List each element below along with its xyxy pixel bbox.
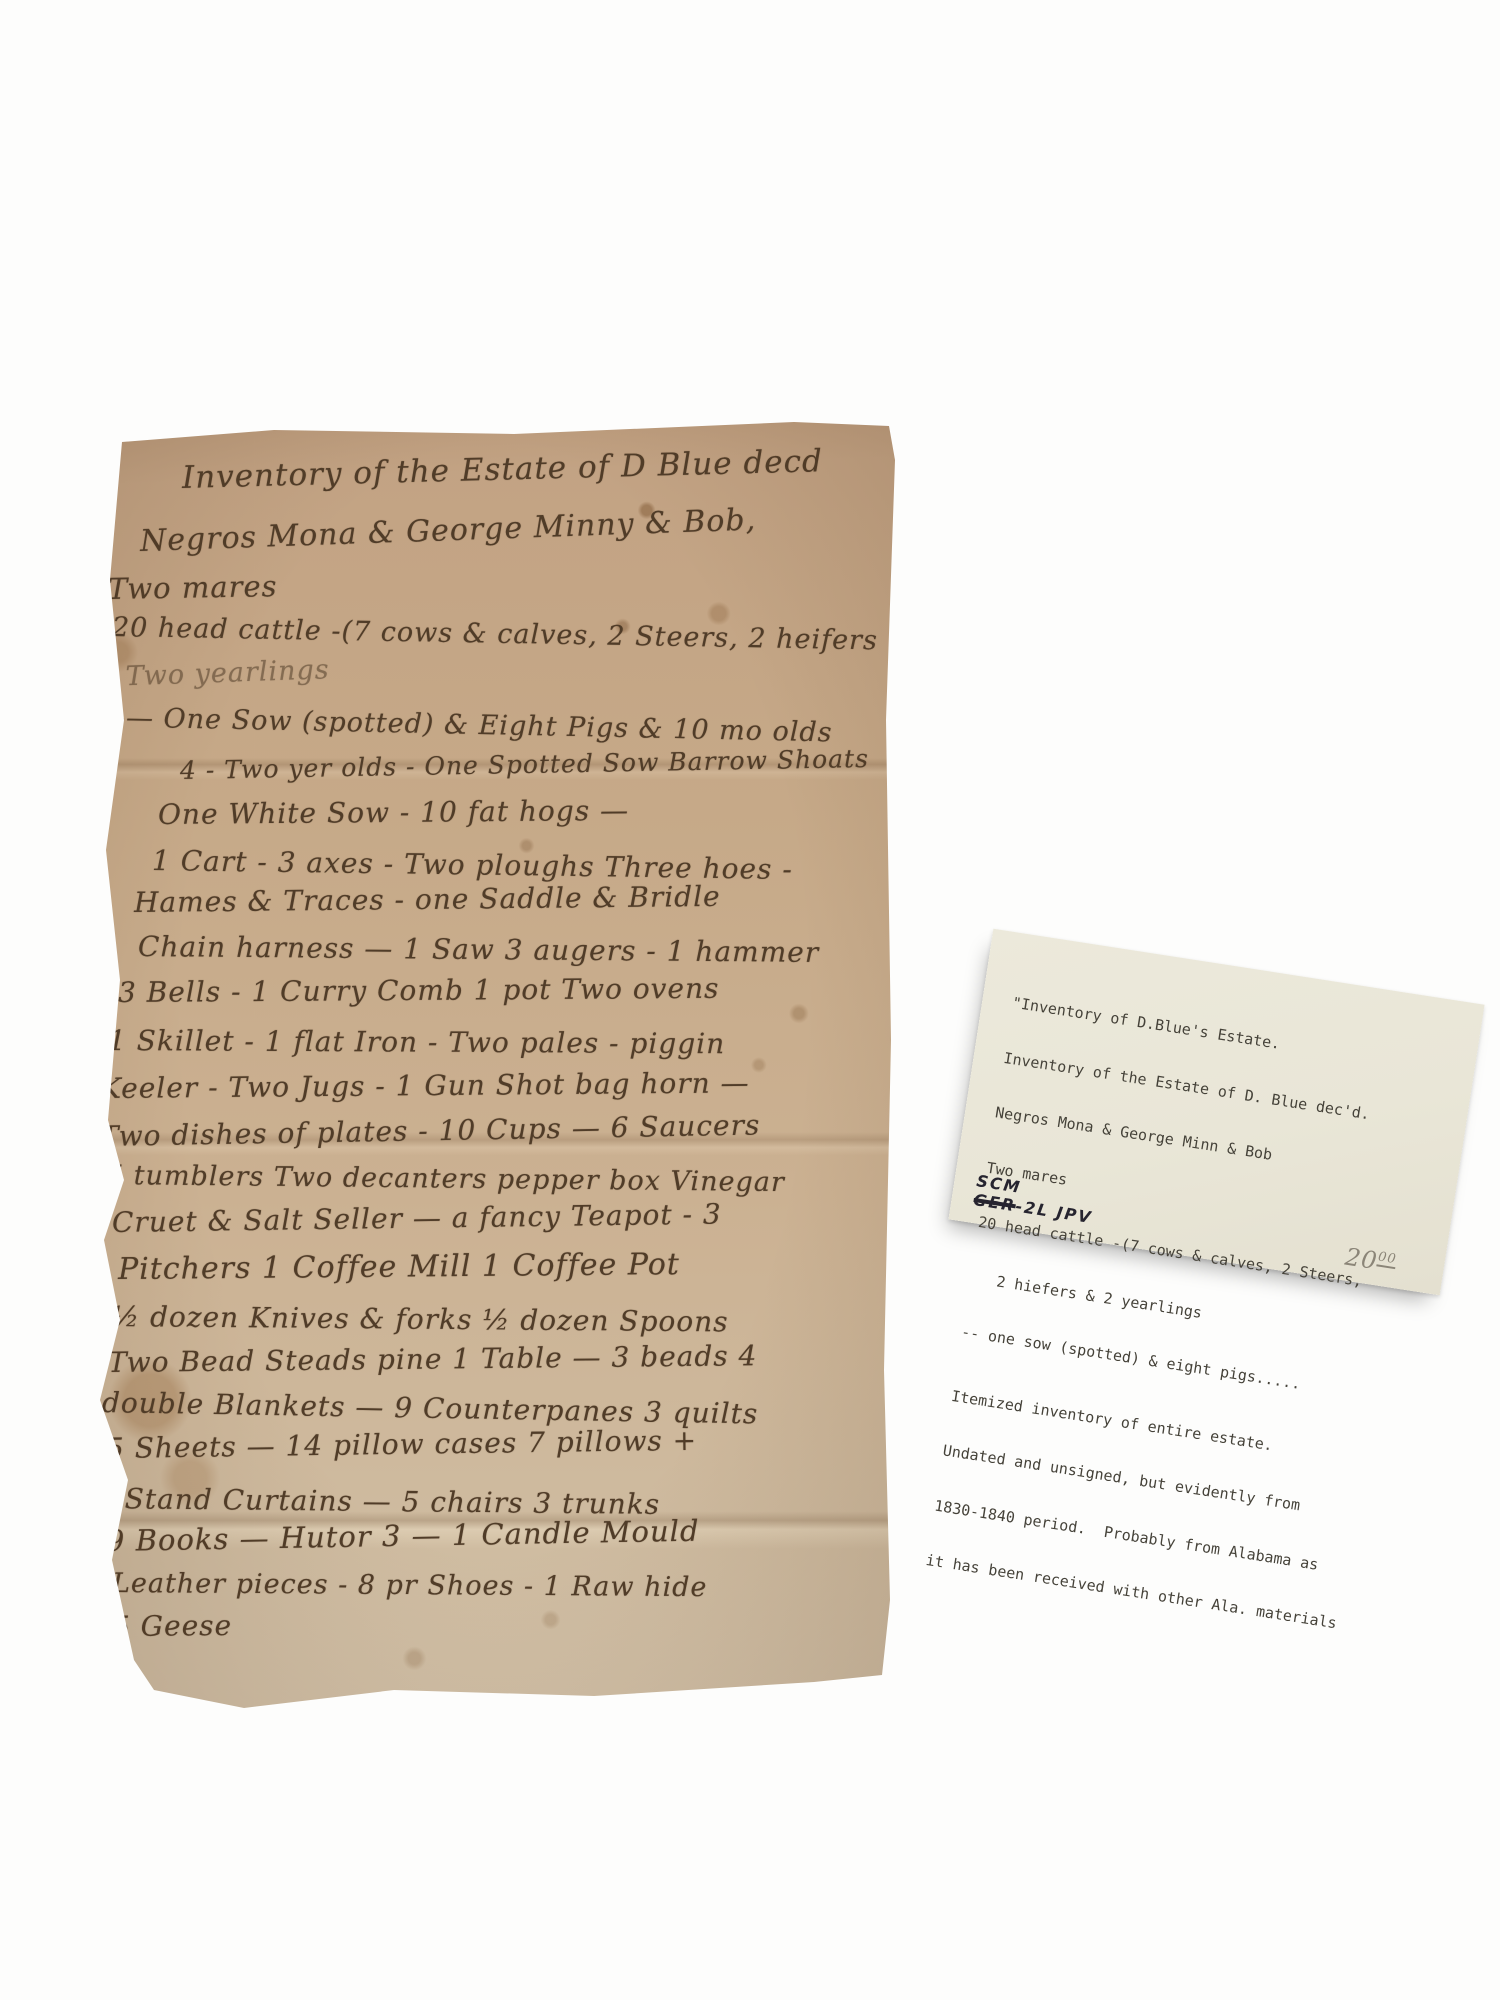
card-typed-block: "Inventory of D.Blue's Estate. Inventory… [919, 957, 1471, 1676]
manuscript-line: 4 - Two yer olds - One Spotted Sow Barro… [180, 744, 869, 785]
photo-background: Inventory of the Estate of D Blue decd N… [0, 0, 1500, 2000]
manuscript-line: Cruet & Salt Seller — a fancy Teapot - 3 [112, 1197, 722, 1239]
manuscript-line: 5 tumblers Two decanters pepper box Vine… [106, 1160, 785, 1198]
manuscript-line-title: Inventory of the Estate of D Blue decd [182, 443, 824, 496]
manuscript-line: 1 Skillet - 1 flat Iron - Two pales - pi… [108, 1024, 725, 1060]
manuscript-line: Hames & Traces - one Saddle & Bridle [134, 880, 721, 919]
manuscript-line: 5 Sheets — 14 pillow cases 7 pillows + [106, 1424, 698, 1465]
manuscript-line: Two mares [108, 569, 278, 606]
manuscript-line: Negros Mona & George Minny & Bob, [139, 502, 756, 558]
index-card: "Inventory of D.Blue's Estate. Inventory… [948, 929, 1484, 1296]
manuscript-line: 3 Bells - 1 Curry Comb 1 pot Two ovens [118, 972, 720, 1009]
manuscript-document: Inventory of the Estate of D Blue decd N… [94, 420, 895, 1710]
manuscript-line: Two Bead Steads pine 1 Table — 3 beads 4 [108, 1339, 758, 1379]
manuscript-line: —— One Sow (spotted) & Eight Pigs & 10 m… [98, 702, 833, 748]
manuscript-line: - Two yearlings [105, 654, 330, 693]
manuscript-line: Pitchers 1 Coffee Mill 1 Coffee Pot [118, 1247, 680, 1287]
manuscript-line: ½ dozen Knives & forks ½ dozen Spoons [112, 1300, 729, 1338]
manuscript-line: Chain harness — 1 Saw 3 augers - 1 hamme… [138, 930, 819, 969]
manuscript-line: Two dishes of plates - 10 Cups — 6 Sauce… [100, 1108, 761, 1153]
manuscript-line: One White Sow - 10 fat hogs — [158, 794, 629, 831]
manuscript-line: 20 head cattle -(7 cows & calves, 2 Stee… [112, 612, 878, 656]
manuscript-line: 5 Geese [112, 1609, 232, 1643]
price-value: 20 [1343, 1243, 1379, 1276]
manuscript-line: 9 Books — Hutor 3 — 1 Candle Mould [106, 1514, 700, 1558]
manuscript-line: Leather pieces - 8 pr Shoes - 1 Raw hide [112, 1568, 708, 1603]
price-cents: 00 [1377, 1250, 1398, 1270]
manuscript-line: Keeler - Two Jugs - 1 Gun Shot bag horn … [100, 1066, 750, 1105]
